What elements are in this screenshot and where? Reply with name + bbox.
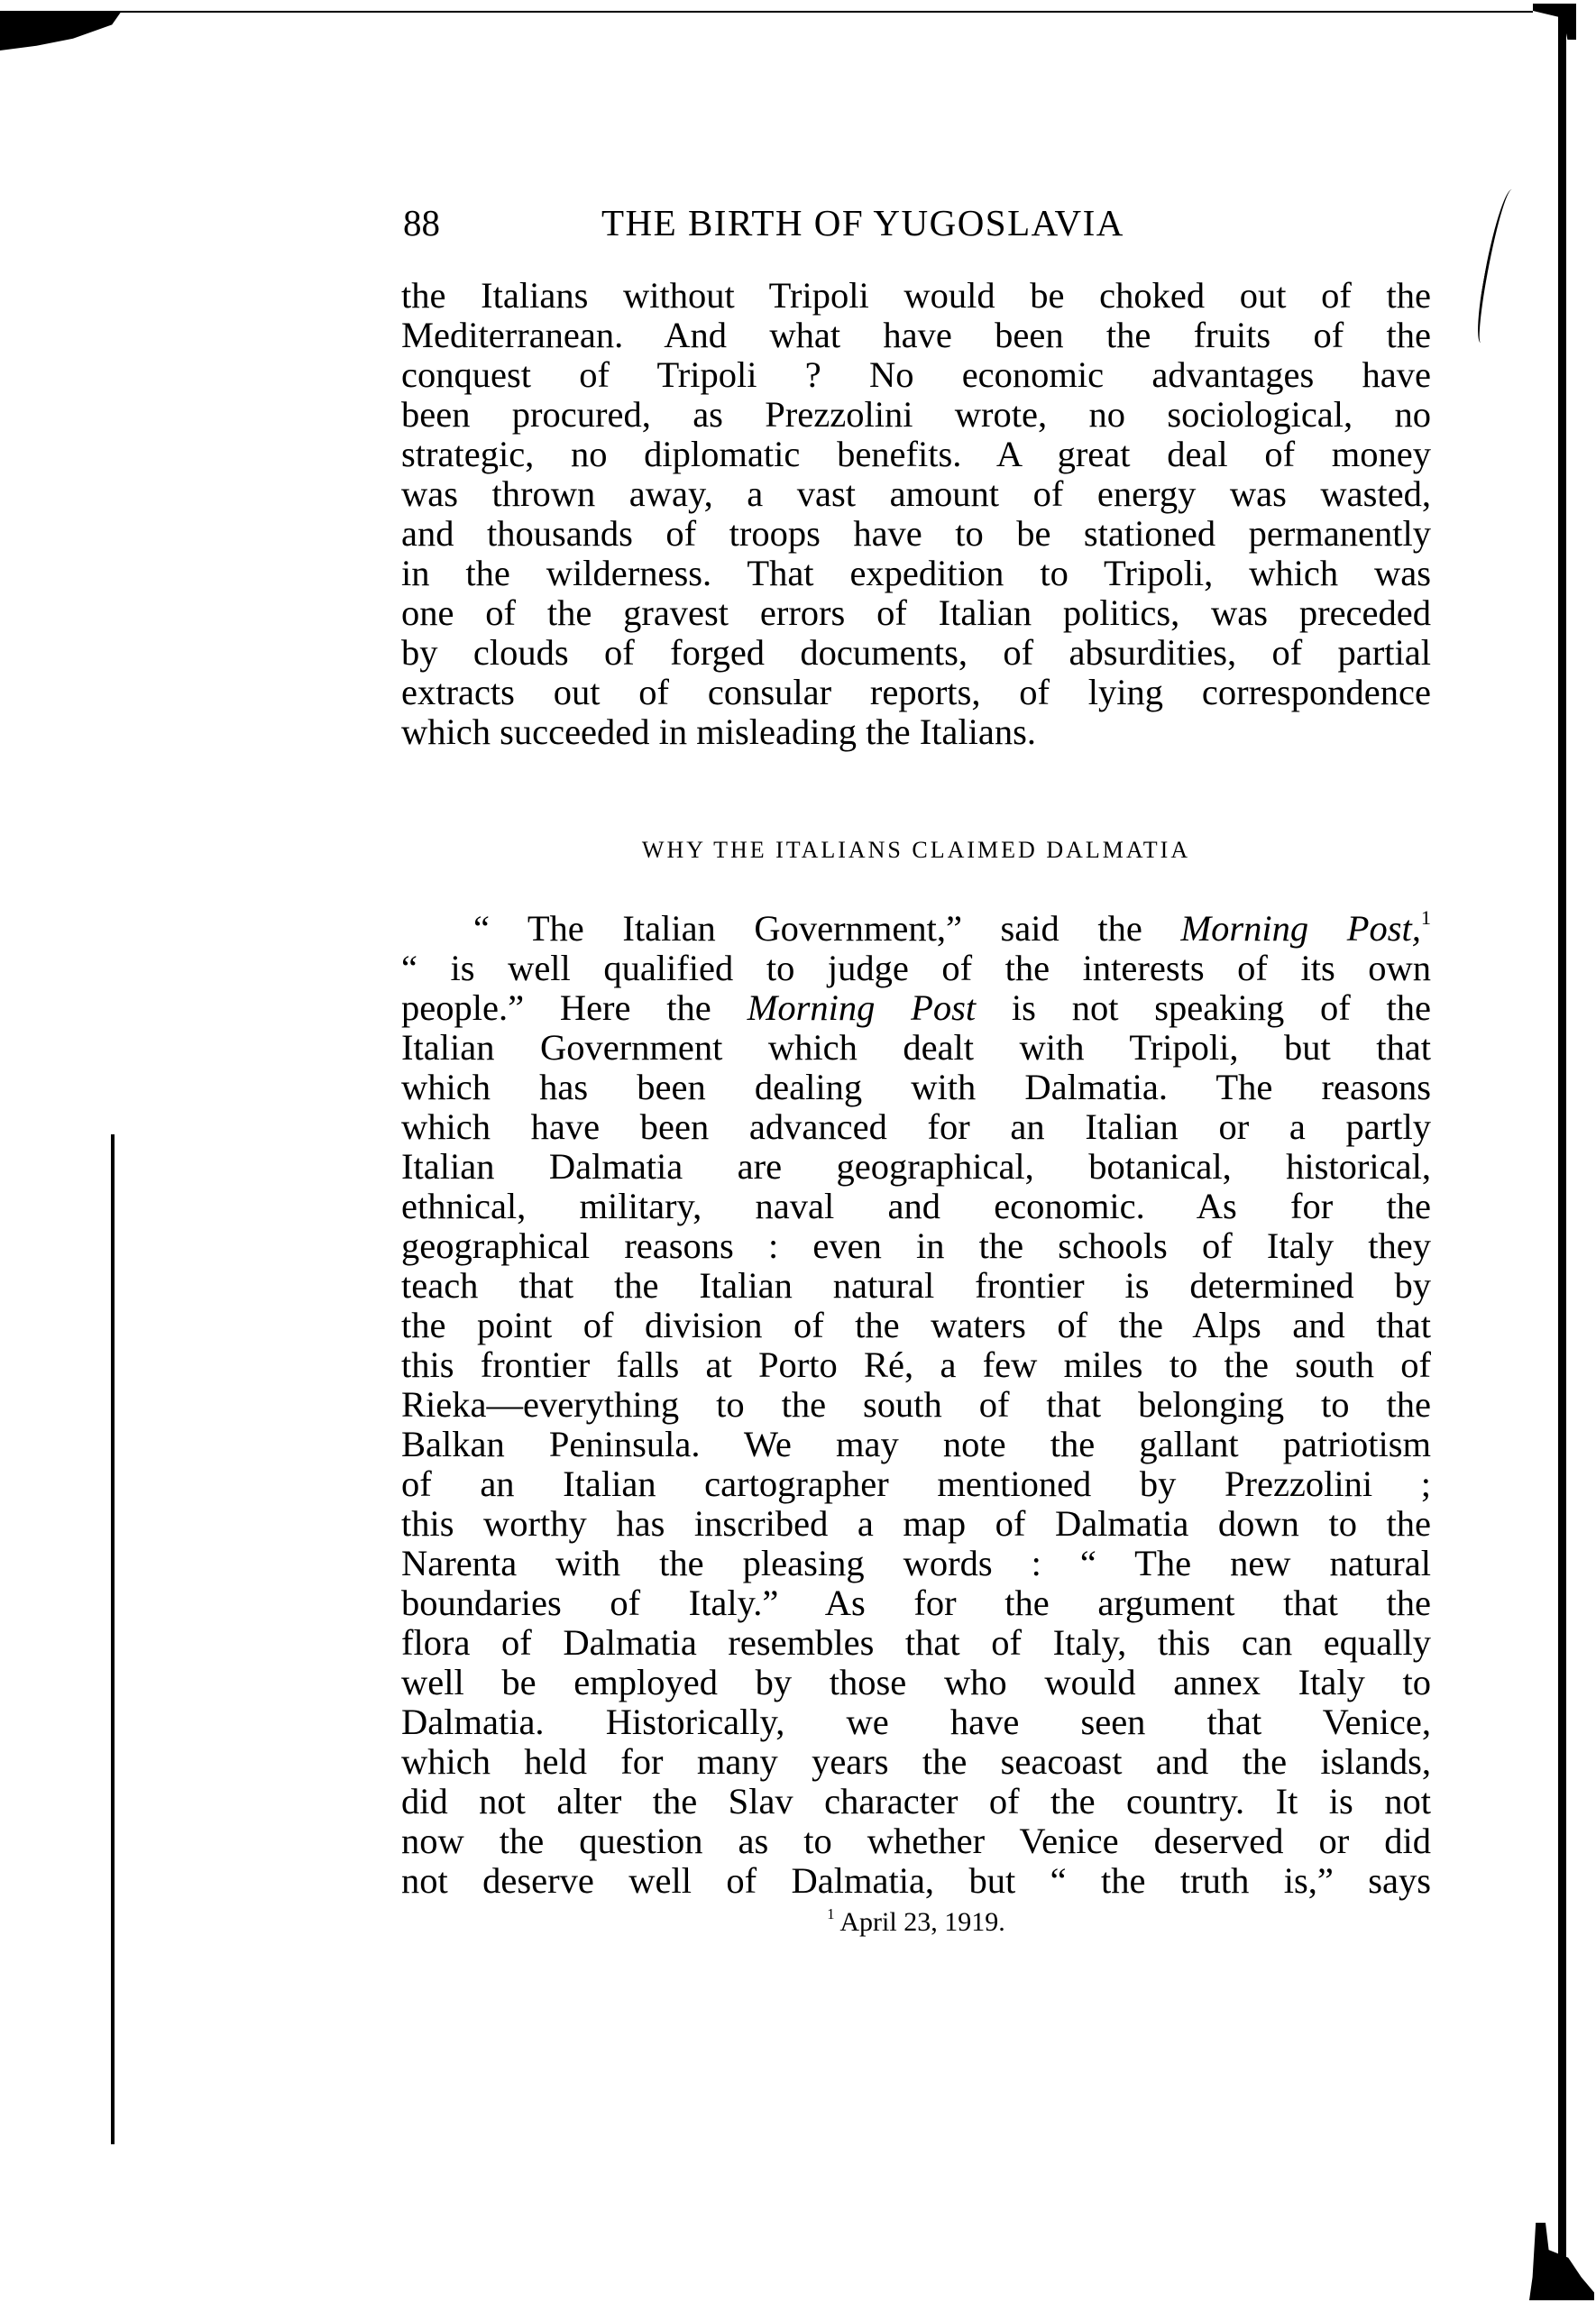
text-line: the point of division of the waters of t… — [401, 1306, 1431, 1345]
text-line: people.” Here the Morning Post is not sp… — [401, 988, 1431, 1028]
page-number: 88 — [403, 200, 440, 245]
text-line: teach that the Italian natural frontier … — [401, 1266, 1431, 1306]
publication-title: Morning Post, — [1180, 908, 1420, 949]
text-line: which have been advanced for an Italian … — [401, 1107, 1431, 1147]
text-line: “ The Italian Government,” said the Morn… — [401, 909, 1431, 949]
footnote: 1 April 23, 1919. — [401, 1904, 1431, 1940]
text-line: Narenta with the pleasing words : “ The … — [401, 1544, 1431, 1583]
footnote-reference[interactable]: 1 — [1421, 906, 1431, 929]
paragraph-tripoli: the Italians without Tripoli would be ch… — [401, 276, 1431, 752]
running-title: THE BIRTH OF YUGOSLAVIA — [601, 200, 1124, 245]
scan-edge-top — [54, 11, 1533, 13]
text-line: Mediterranean. And what have been the fr… — [401, 316, 1431, 355]
text-line: now the question as to whether Venice de… — [401, 1821, 1431, 1861]
text-line: “ is well qualified to judge of the inte… — [401, 949, 1431, 988]
text-line: which succeeded in misleading the Italia… — [401, 712, 1431, 752]
text-line: been procured, as Prezzolini wrote, no s… — [401, 395, 1431, 435]
quote-text: “ The Italian Government,” said the — [473, 908, 1180, 949]
text-line: Italian Government which dealt with Trip… — [401, 1028, 1431, 1068]
scan-edge-right — [1558, 9, 1566, 2281]
text-line: not deserve well of Dalmatia, but “ the … — [401, 1861, 1431, 1901]
publication-title: Morning Post — [748, 987, 977, 1028]
scan-shadow-top-left — [0, 11, 122, 50]
text-line: this worthy has inscribed a map of Dalma… — [401, 1504, 1431, 1544]
text-line: which held for many years the seacoast a… — [401, 1742, 1431, 1782]
running-head: 88 THE BIRTH OF YUGOSLAVIA — [401, 200, 1431, 245]
text-line: the Italians without Tripoli would be ch… — [401, 276, 1431, 316]
text-line: strategic, no diplomatic benefits. A gre… — [401, 435, 1431, 474]
text-line: conquest of Tripoli ? No economic advant… — [401, 355, 1431, 395]
scan-edge-left — [111, 1134, 115, 2144]
text-line: and thousands of troops have to be stati… — [401, 514, 1431, 554]
text-line: Dalmatia. Historically, we have seen tha… — [401, 1702, 1431, 1742]
footnote-text: April 23, 1919. — [835, 1907, 1005, 1937]
scan-shadow-top-right — [1533, 4, 1576, 40]
text-line: Italian Dalmatia are geographical, botan… — [401, 1147, 1431, 1187]
text-line: by clouds of forged documents, of absurd… — [401, 633, 1431, 673]
text-line: boundaries of Italy.” As for the argumen… — [401, 1583, 1431, 1623]
text-line: flora of Dalmatia resembles that of Ital… — [401, 1623, 1431, 1663]
text-line: did not alter the Slav character of the … — [401, 1782, 1431, 1821]
text-line: Rieka—everything to the south of that be… — [401, 1385, 1431, 1425]
text-line: was thrown away, a vast amount of energy… — [401, 474, 1431, 514]
text-line: which has been dealing with Dalmatia. Th… — [401, 1068, 1431, 1107]
section-heading: WHY THE ITALIANS CLAIMED DALMATIA — [401, 835, 1431, 866]
paragraph-dalmatia: “ The Italian Government,” said the Morn… — [401, 909, 1431, 1901]
text-line: extracts out of consular reports, of lyi… — [401, 673, 1431, 712]
text-span: people.” Here the — [401, 987, 748, 1028]
text-line: ethnical, military, naval and economic. … — [401, 1187, 1431, 1226]
text-line: of an Italian cartographer mentioned by … — [401, 1464, 1431, 1504]
text-span: is not speaking of the — [976, 987, 1431, 1028]
scan-page-curl-mark — [1472, 189, 1520, 343]
text-line: well be employed by those who would anne… — [401, 1663, 1431, 1702]
text-line: Balkan Peninsula. We may note the gallan… — [401, 1425, 1431, 1464]
text-line: this frontier falls at Porto Ré, a few m… — [401, 1345, 1431, 1385]
text-line: in the wilderness. That expedition to Tr… — [401, 554, 1431, 593]
text-line: geographical reasons : even in the schoo… — [401, 1226, 1431, 1266]
text-line: one of the gravest errors of Italian pol… — [401, 593, 1431, 633]
footnote-marker: 1 — [827, 1905, 834, 1922]
